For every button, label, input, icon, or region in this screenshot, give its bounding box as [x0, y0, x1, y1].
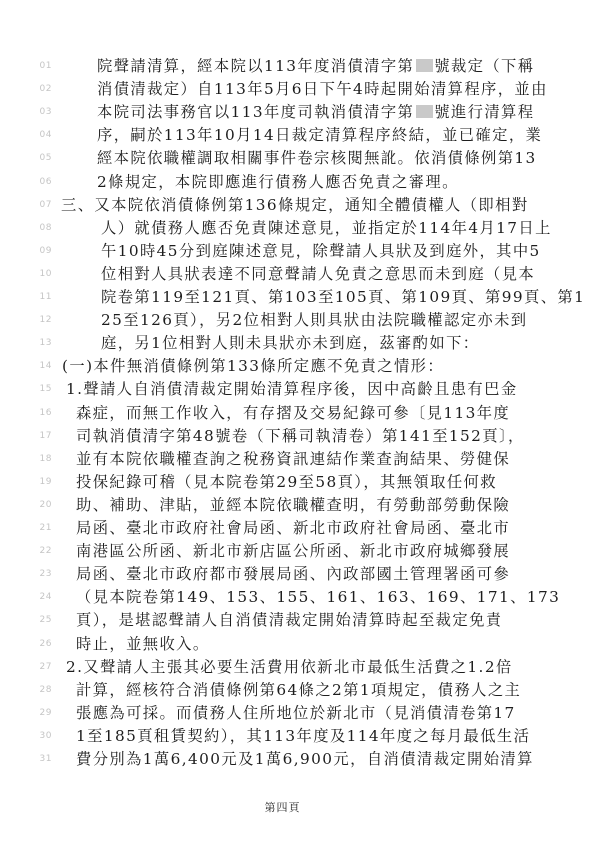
line-number: 12 [30, 309, 52, 332]
line-text: 計算，經核符合消債條例第64條之2第1項規定，債務人之主 [76, 679, 521, 702]
line-text: 張應為可採。而債務人住所地位於新北市（見消債清卷第17 [76, 702, 516, 725]
line-number: 31 [30, 748, 52, 771]
line-number: 19 [30, 471, 52, 494]
page-number-footer: 第四頁 [0, 799, 565, 815]
document-line: 23局函、臺北市政府都市發展局函、內政部國土管理署函可參 [0, 563, 595, 586]
document-line: 20助、補助、津貼，並經本院依職權查明，有勞動部勞動保險 [0, 494, 595, 517]
line-number: 04 [30, 124, 52, 147]
document-line: 28計算，經核符合消債條例第64條之2第1項規定，債務人之主 [0, 679, 595, 702]
document-line: 02消債清裁定）自113年5月6日下午4時起開始清算程序，並由 [0, 78, 595, 101]
document-line: 25頁），是堪認聲請人自消債清裁定開始清算時起至裁定免責 [0, 609, 595, 632]
document-line: 29張應為可採。而債務人住所地位於新北市（見消債清卷第17 [0, 702, 595, 725]
line-text: 序，嗣於113年10月14日裁定清算程序終結，並已確定，業 [97, 124, 542, 147]
line-text: 時止，並無收入。 [76, 633, 210, 656]
line-text: 1至185頁租賃契約），其113年度及114年度之每月最低生活 [76, 725, 530, 748]
document-line: 26時止，並無收入。 [0, 633, 595, 656]
line-number: 30 [30, 725, 52, 748]
line-number: 21 [30, 517, 52, 540]
line-text: 消債清裁定）自113年5月6日下午4時起開始清算程序，並由 [97, 78, 548, 101]
line-text: 院卷第119至121頁、第103至105頁、第109頁、第99頁、第1 [101, 286, 585, 309]
line-text: 2條規定，本院即應進行債務人應否免責之審理。 [97, 171, 459, 194]
document-line: 1225至126頁），另2位相對人則具狀由法院職權認定亦未到 [0, 309, 595, 332]
document-line: 04序，嗣於113年10月14日裁定清算程序終結，並已確定，業 [0, 124, 595, 147]
line-text: 助、補助、津貼，並經本院依職權查明，有勞動部勞動保險 [76, 494, 510, 517]
line-number: 11 [30, 286, 52, 309]
line-text: 頁），是堪認聲請人自消債清裁定開始清算時起至裁定免責 [76, 609, 502, 632]
line-text: 司執消債清字第48號卷（下稱司執清卷）第141至152頁〕， [76, 425, 525, 448]
document-line: 24（見本院卷第149、153、155、161、163、169、171、173 [0, 586, 595, 609]
document-line: 14(一)本件無消債條例第133條所定應不免責之情形： [0, 355, 595, 378]
line-number: 28 [30, 679, 52, 702]
document-line: 01院聲請清算，經本院以113年度消債清字第號裁定（下稱 [0, 55, 595, 78]
redaction-box [416, 59, 433, 72]
document-line: 08人）就債務人應否免責陳述意見，並指定於114年4月17日上 [0, 217, 595, 240]
document-line: 301至185頁租賃契約），其113年度及114年度之每月最低生活 [0, 725, 595, 748]
line-text: 午10時45分到庭陳述意見，除聲請人具狀及到庭外，其中5 [101, 240, 541, 263]
line-number: 03 [30, 101, 52, 124]
line-text: 經本院依職權調取相關事件卷宗核閱無訛。依消債條例第13 [97, 147, 537, 170]
line-text: 森症，而無工作收入，有存摺及交易紀錄可參〔見113年度 [76, 402, 510, 425]
line-text: 位相對人具狀表達不同意聲請人免責之意思而未到庭（見本 [101, 263, 535, 286]
line-text: 25至126頁），另2位相對人則具狀由法院職權認定亦未到 [101, 309, 527, 332]
line-text: 南港區公所函、新北市新店區公所函、新北市政府城鄉發展 [76, 540, 510, 563]
document-line: 19投保紀錄可稽（見本院卷第29至58頁），其無領取任何救 [0, 471, 595, 494]
document-line: 07三、又本院依消債條例第136條規定，通知全體債權人（即相對 [0, 194, 595, 217]
line-number: 01 [30, 55, 52, 78]
document-line: 03本院司法事務官以113年度司執消債清字第號進行清算程 [0, 101, 595, 124]
line-number: 18 [30, 448, 52, 471]
line-number: 27 [30, 656, 52, 679]
line-text: 人）就債務人應否免責陳述意見，並指定於114年4月17日上 [101, 217, 552, 240]
document-line: 16森症，而無工作收入，有存摺及交易紀錄可參〔見113年度 [0, 402, 595, 425]
line-number: 26 [30, 633, 52, 656]
document-line: 09午10時45分到庭陳述意見，除聲請人具狀及到庭外，其中5 [0, 240, 595, 263]
line-text: 本院司法事務官以113年度司執消債清字第號進行清算程 [97, 101, 534, 124]
document-line: 22南港區公所函、新北市新店區公所函、新北市政府城鄉發展 [0, 540, 595, 563]
document-line: 272.又聲請人主張其必要生活費用依新北市最低生活費之1.2倍 [0, 656, 595, 679]
document-line: 11院卷第119至121頁、第103至105頁、第109頁、第99頁、第1 [0, 286, 595, 309]
line-number: 09 [30, 240, 52, 263]
line-text: （見本院卷第149、153、155、161、163、169、171、173 [76, 586, 560, 609]
document-line: 21局函、臺北市政府社會局函、新北市政府社會局函、臺北市 [0, 517, 595, 540]
line-number: 17 [30, 425, 52, 448]
line-number: 02 [30, 78, 52, 101]
line-text: 院聲請清算，經本院以113年度消債清字第號裁定（下稱 [97, 55, 534, 78]
line-number: 24 [30, 586, 52, 609]
line-text: 局函、臺北市政府都市發展局函、內政部國土管理署函可參 [76, 563, 510, 586]
line-number: 05 [30, 147, 52, 170]
judgment-page: 01院聲請清算，經本院以113年度消債清字第號裁定（下稱02消債清裁定）自113… [0, 0, 595, 842]
line-text: 1.聲請人自消債清裁定開始清算程序後，因中高齡且患有巴金 [66, 378, 518, 401]
line-number: 16 [30, 402, 52, 425]
line-text: 投保紀錄可稽（見本院卷第29至58頁），其無領取任何救 [76, 471, 497, 494]
line-text: 費分別為1萬6,400元及1萬6,900元，自消債清裁定開始清算 [76, 748, 534, 771]
line-number: 22 [30, 540, 52, 563]
redaction-box [416, 105, 433, 118]
document-line: 062條規定，本院即應進行債務人應否免責之審理。 [0, 171, 595, 194]
document-line: 05經本院依職權調取相關事件卷宗核閱無訛。依消債條例第13 [0, 147, 595, 170]
line-text: 2.又聲請人主張其必要生活費用依新北市最低生活費之1.2倍 [66, 656, 513, 679]
document-line: 151.聲請人自消債清裁定開始清算程序後，因中高齡且患有巴金 [0, 378, 595, 401]
line-number: 10 [30, 263, 52, 286]
line-number: 08 [30, 217, 52, 240]
line-number: 23 [30, 563, 52, 586]
document-line: 10位相對人具狀表達不同意聲請人免責之意思而未到庭（見本 [0, 263, 595, 286]
line-text: 三、又本院依消債條例第136條規定，通知全體債權人（即相對 [61, 194, 529, 217]
document-line: 31費分別為1萬6,400元及1萬6,900元，自消債清裁定開始清算 [0, 748, 595, 771]
line-number: 07 [30, 194, 52, 217]
document-line: 17司執消債清字第48號卷（下稱司執清卷）第141至152頁〕， [0, 425, 595, 448]
line-number: 06 [30, 171, 52, 194]
line-number: 29 [30, 702, 52, 725]
line-number: 13 [30, 332, 52, 355]
document-line: 18並有本院依職權查詢之稅務資訊連結作業查詢結果、勞健保 [0, 448, 595, 471]
line-text: (一)本件無消債條例第133條所定應不免責之情形： [62, 355, 444, 378]
line-number: 15 [30, 378, 52, 401]
document-line: 13庭，另1位相對人則未具狀亦未到庭，茲審酌如下： [0, 332, 595, 355]
line-text: 局函、臺北市政府社會局函、新北市政府社會局函、臺北市 [76, 517, 510, 540]
line-number: 25 [30, 609, 52, 632]
line-number: 20 [30, 494, 52, 517]
line-text: 並有本院依職權查詢之稅務資訊連結作業查詢結果、勞健保 [76, 448, 510, 471]
line-number: 14 [30, 355, 52, 378]
line-text: 庭，另1位相對人則未具狀亦未到庭，茲審酌如下： [101, 332, 479, 355]
